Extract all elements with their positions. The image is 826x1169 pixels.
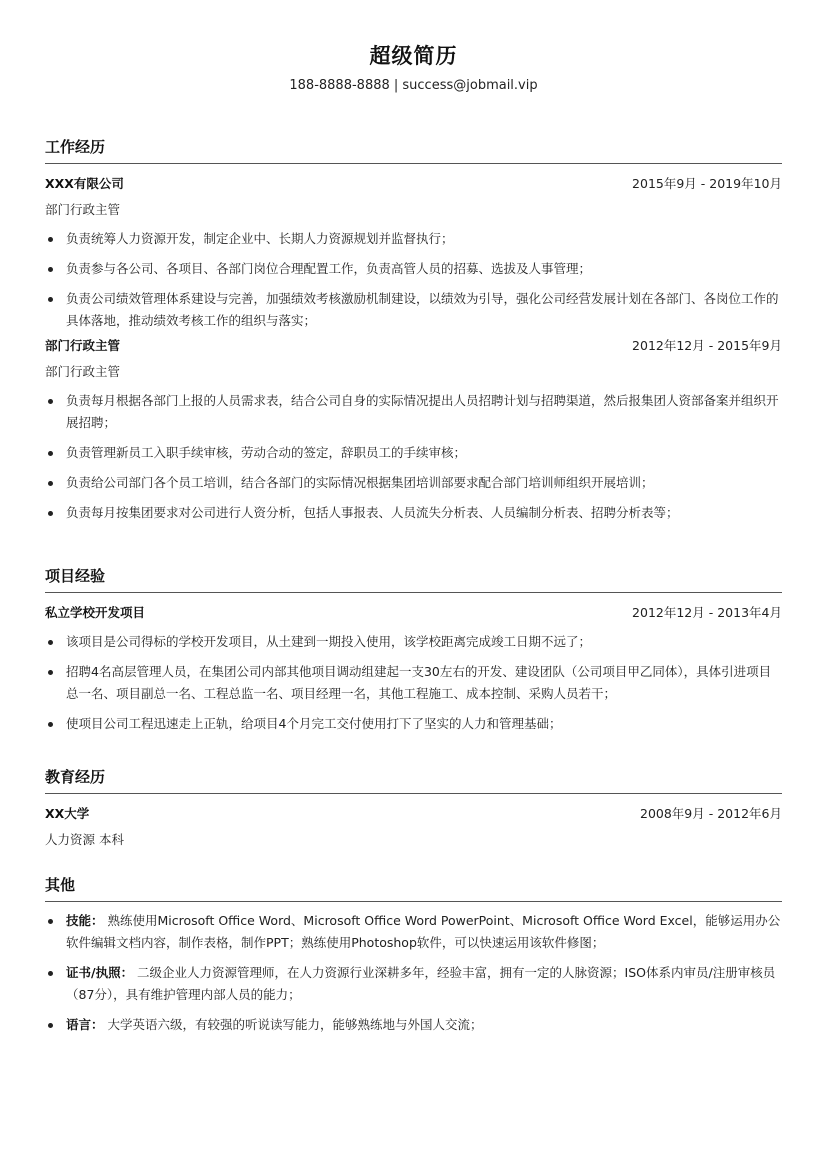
- project-detail-list: 该项目是公司得标的学校开发项目，从土建到一期投入使用，该学校距离完成竣工日期不远…: [45, 631, 782, 735]
- skills-item: 技能： 熟练使用Microsoft Office Word、Microsoft …: [45, 910, 782, 954]
- section-work-experience: 工作经历 XXX有限公司 2015年9月 - 2019年10月 部门行政主管 负…: [45, 136, 782, 524]
- section-divider: [45, 163, 782, 164]
- section-divider: [45, 901, 782, 902]
- duty-list: 负责每月根据各部门上报的人员需求表，结合公司自身的实际情况提出人员招聘计划与招聘…: [45, 390, 782, 524]
- company-name: XXX有限公司: [45, 174, 124, 194]
- language-label: 语言：: [66, 1017, 104, 1032]
- education-entry: XX大学 2008年9月 - 2012年6月 人力资源 本科: [45, 804, 782, 850]
- date-range: 2015年9月 - 2019年10月: [632, 174, 782, 194]
- language-text: 大学英语六级，有较强的听说读写能力，能够熟练地与外国人交流；: [104, 1017, 483, 1032]
- section-other: 其他 技能： 熟练使用Microsoft Office Word、Microso…: [45, 874, 782, 1036]
- list-item: 招聘4名高层管理人员，在集团公司内部其他项目调动组建起一支30左右的开发、建设团…: [45, 661, 782, 705]
- other-list: 技能： 熟练使用Microsoft Office Word、Microsoft …: [45, 910, 782, 1036]
- section-education: 教育经历 XX大学 2008年9月 - 2012年6月 人力资源 本科: [45, 766, 782, 850]
- language-item: 语言： 大学英语六级，有较强的听说读写能力，能够熟练地与外国人交流；: [45, 1014, 782, 1036]
- contact-info: 188-8888-8888 | success@jobmail.vip: [45, 78, 782, 93]
- project-name: 私立学校开发项目: [45, 603, 145, 623]
- list-item: 负责统筹人力资源开发，制定企业中、长期人力资源规划并监督执行；: [45, 228, 782, 250]
- major-degree: 人力资源 本科: [45, 830, 782, 850]
- date-range: 2008年9月 - 2012年6月: [640, 804, 782, 824]
- skills-label: 技能：: [66, 913, 104, 928]
- date-range: 2012年12月 - 2015年9月: [632, 336, 782, 356]
- section-title: 教育经历: [45, 766, 782, 788]
- section-divider: [45, 592, 782, 593]
- list-item: 负责每月根据各部门上报的人员需求表，结合公司自身的实际情况提出人员招聘计划与招聘…: [45, 390, 782, 434]
- job-position: 部门行政主管: [45, 200, 782, 220]
- list-item: 负责管理新员工入职手续审核，劳动合动的签定，辞职员工的手续审核；: [45, 442, 782, 464]
- certificates-item: 证书/执照： 二级企业人力资源管理师，在人力资源行业深耕多年，经验丰富，拥有一定…: [45, 962, 782, 1006]
- list-item: 负责给公司部门各个员工培训，结合各部门的实际情况根据集团培训部要求配合部门培训师…: [45, 472, 782, 494]
- job-position: 部门行政主管: [45, 362, 782, 382]
- work-entry: 部门行政主管 2012年12月 - 2015年9月 部门行政主管 负责每月根据各…: [45, 336, 782, 524]
- project-entry: 私立学校开发项目 2012年12月 - 2013年4月 该项目是公司得标的学校开…: [45, 603, 782, 735]
- section-title: 工作经历: [45, 136, 782, 158]
- company-name: 部门行政主管: [45, 336, 120, 356]
- list-item: 使项目公司工程迅速走上正轨，给项目4个月完工交付使用打下了坚实的人力和管理基础；: [45, 713, 782, 735]
- resume-title: 超级简历: [45, 40, 782, 70]
- date-range: 2012年12月 - 2013年4月: [632, 603, 782, 623]
- list-item: 负责每月按集团要求对公司进行人资分析，包括人事报表、人员流失分析表、人员编制分析…: [45, 502, 782, 524]
- work-entry: XXX有限公司 2015年9月 - 2019年10月 部门行政主管 负责统筹人力…: [45, 174, 782, 332]
- section-title: 其他: [45, 874, 782, 896]
- section-projects: 项目经验 私立学校开发项目 2012年12月 - 2013年4月 该项目是公司得…: [45, 565, 782, 735]
- list-item: 负责参与各公司、各项目、各部门岗位合理配置工作，负责高管人员的招募、选拔及人事管…: [45, 258, 782, 280]
- section-divider: [45, 793, 782, 794]
- list-item: 负责公司绩效管理体系建设与完善，加强绩效考核激励机制建设，以绩效为引导，强化公司…: [45, 288, 782, 332]
- certificates-label: 证书/执照：: [66, 965, 133, 980]
- skills-text: 熟练使用Microsoft Office Word、Microsoft Offi…: [66, 913, 780, 950]
- certificates-text: 二级企业人力资源管理师，在人力资源行业深耕多年，经验丰富，拥有一定的人脉资源；I…: [66, 965, 775, 1002]
- duty-list: 负责统筹人力资源开发，制定企业中、长期人力资源规划并监督执行； 负责参与各公司、…: [45, 228, 782, 332]
- list-item: 该项目是公司得标的学校开发项目，从土建到一期投入使用，该学校距离完成竣工日期不远…: [45, 631, 782, 653]
- section-title: 项目经验: [45, 565, 782, 587]
- school-name: XX大学: [45, 804, 89, 824]
